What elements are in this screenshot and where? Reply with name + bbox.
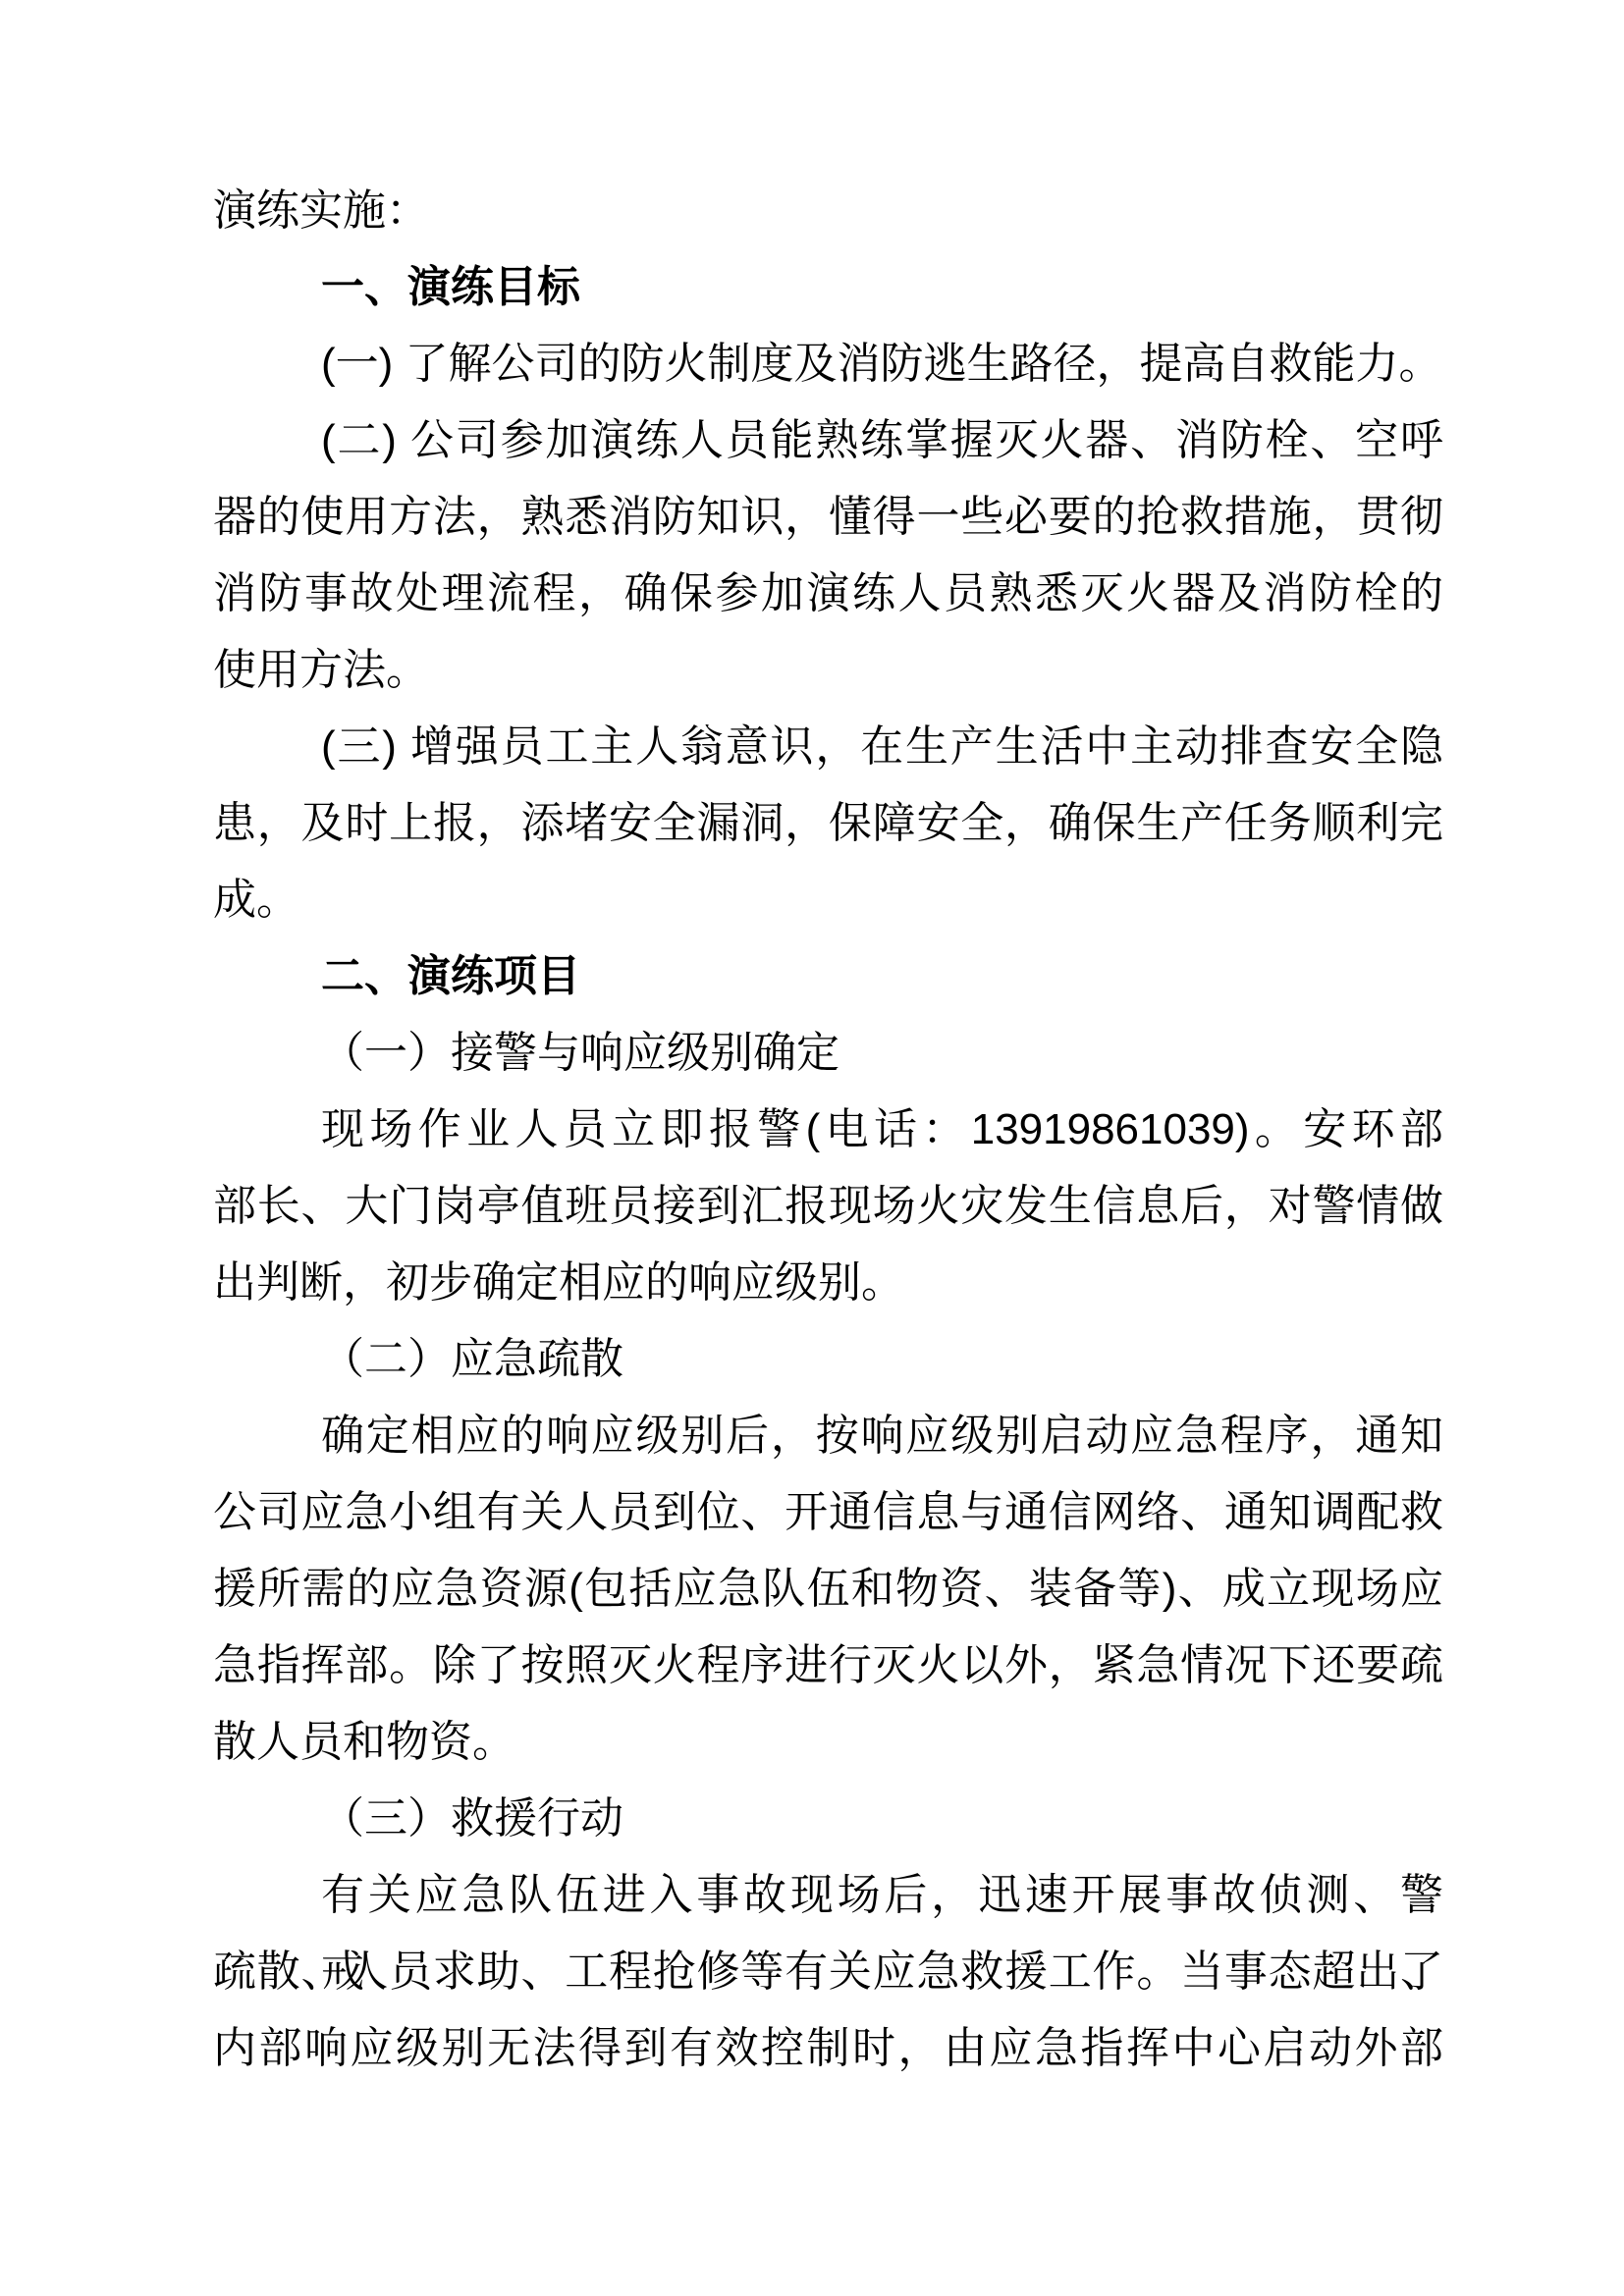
text-line: （一）接警与响应级别确定 bbox=[213, 1015, 1443, 1092]
text-line: 公司应急小组有关人员到位、开通信息与通信网络、通知调配救 bbox=[213, 1474, 1443, 1551]
text-line: 使用方法。 bbox=[213, 632, 1443, 709]
text-line: (二) 公司参加演练人员能熟练掌握灭火器、消防栓、空呼 bbox=[213, 402, 1443, 479]
text-line: 器的使用方法，熟悉消防知识，懂得一些必要的抢救措施，贯彻 bbox=[213, 479, 1443, 556]
text-line: （三）救援行动 bbox=[213, 1781, 1443, 1857]
text-line: 散人员和物资。 bbox=[213, 1704, 1443, 1781]
text-line: (三) 增强员工主人翁意识，在生产生活中主动排查安全隐 bbox=[213, 709, 1443, 785]
text-line: （二）应急疏散 bbox=[213, 1321, 1443, 1398]
document-body: 演练实施：一、演练目标(一) 了解公司的防火制度及消防逃生路径，提高自救能力。(… bbox=[213, 173, 1443, 2087]
text-line: 急指挥部。除了按照灭火程序进行灭火以外，紧急情况下还要疏 bbox=[213, 1628, 1443, 1704]
section-heading-line: 一、演练目标 bbox=[213, 249, 1443, 326]
text-line: 部长、大门岗亭值班员接到汇报现场火灾发生信息后，对警情做 bbox=[213, 1168, 1443, 1245]
text-line: 援所需的应急资源(包括应急队伍和物资、装备等)、成立现场应 bbox=[213, 1551, 1443, 1628]
text-line: 有关应急队伍进入事故现场后，迅速开展事故侦测、警戒、 bbox=[213, 1857, 1443, 1934]
text-line: (一) 了解公司的防火制度及消防逃生路径，提高自救能力。 bbox=[213, 326, 1443, 402]
text-line: 演练实施： bbox=[213, 173, 1443, 249]
text-line: 现场作业人员立即报警(电话：13919861039)。安环部 bbox=[213, 1092, 1443, 1168]
text-line: 患，及时上报，添堵安全漏洞，保障安全，确保生产任务顺利完 bbox=[213, 785, 1443, 862]
document-page: 演练实施：一、演练目标(一) 了解公司的防火制度及消防逃生路径，提高自救能力。(… bbox=[0, 0, 1624, 2296]
section-heading-line: 二、演练项目 bbox=[213, 938, 1443, 1015]
text-line: 成。 bbox=[213, 862, 1443, 938]
text-line: 出判断，初步确定相应的响应级别。 bbox=[213, 1245, 1443, 1321]
text-line: 确定相应的响应级别后，按响应级别启动应急程序，通知 bbox=[213, 1398, 1443, 1474]
text-line: 内部响应级别无法得到有效控制时，由应急指挥中心启动外部 bbox=[213, 2010, 1443, 2087]
text-line: 消防事故处理流程，确保参加演练人员熟悉灭火器及消防栓的 bbox=[213, 556, 1443, 632]
text-line: 疏散、人员求助、工程抢修等有关应急救援工作。当事态超出了 bbox=[213, 1934, 1443, 2010]
